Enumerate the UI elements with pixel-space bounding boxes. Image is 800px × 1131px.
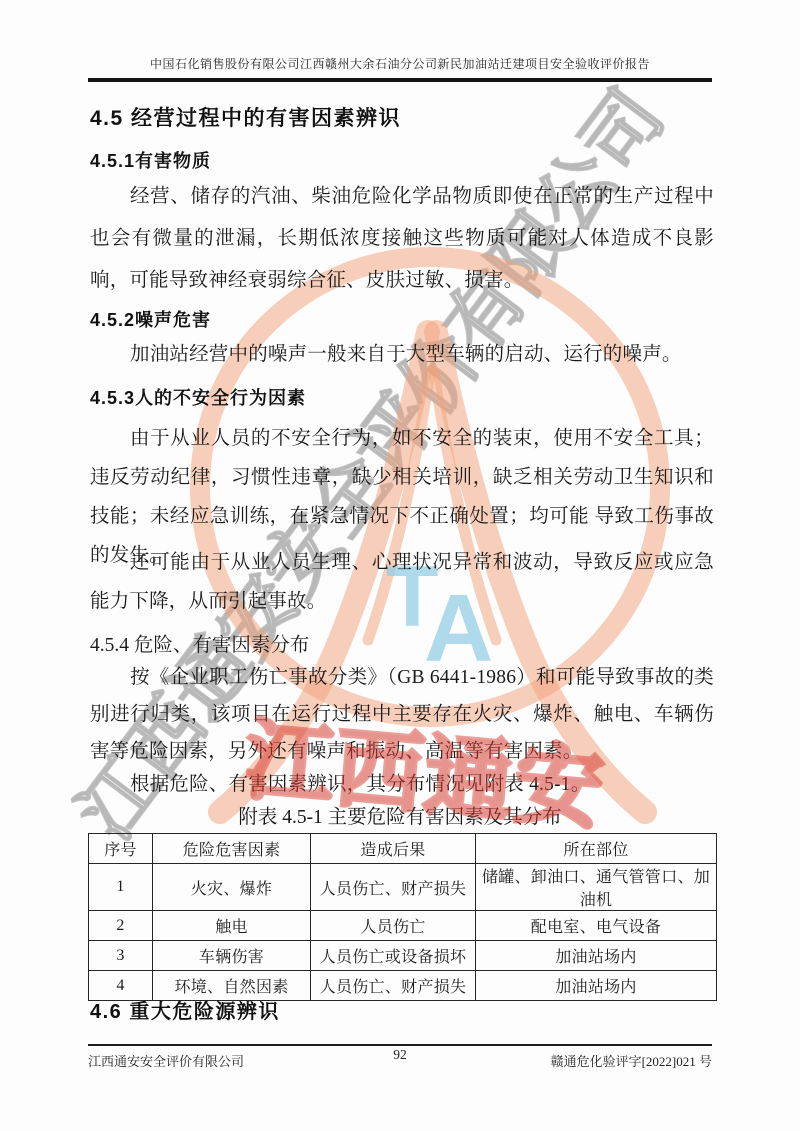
cell-index: 1 [89, 864, 153, 911]
header-title: 中国石化销售股份有限公司江西赣州大余石油分公司新民加油站迁建项目安全验收评价报告 [88, 55, 712, 72]
cell-factor: 车辆伤害 [153, 941, 311, 971]
cell-location: 加油站场内 [476, 971, 717, 1001]
col-header-consequence: 造成后果 [311, 834, 476, 864]
section-4-5-2-heading: 4.5.2噪声危害 [90, 306, 211, 332]
table-header-row: 序号 危险危害因素 造成后果 所在部位 [89, 834, 717, 864]
paragraph-unsafe-behavior-2: 还可能由于从业人员生理、心理状况异常和波动，导致反应或应急能力下降，从而引起事故… [90, 543, 714, 621]
table-row: 3 车辆伤害 人员伤亡或设备损坏 加油站场内 [89, 941, 717, 971]
section-4-5-1-heading: 4.5.1有害物质 [90, 147, 211, 173]
cell-location: 加油站场内 [476, 941, 717, 971]
hazard-distribution-table: 序号 危险危害因素 造成后果 所在部位 1 火灾、爆炸 人员伤亡、财产损失 储罐… [88, 833, 717, 1001]
table-caption: 附表 4.5-1 主要危险有害因素及其分布 [88, 801, 712, 829]
cell-location: 配电室、电气设备 [476, 911, 717, 941]
document-page: 江西通安安全评价有限公司 T A 江西通安 中国石化销售股份有限公司江西赣州大余… [0, 0, 800, 1131]
section-4-5-3-heading: 4.5.3人的不安全行为因素 [90, 384, 306, 410]
header-rule [88, 78, 712, 82]
cell-consequence: 人员伤亡 [311, 911, 476, 941]
col-header-location: 所在部位 [476, 834, 717, 864]
paragraph-noise-hazard: 加油站经营中的噪声一般来自于大型车辆的启动、运行的噪声。 [90, 334, 714, 376]
cell-consequence: 人员伤亡、财产损失 [311, 971, 476, 1001]
section-4-5-heading: 4.5 经营过程中的有害因素辨识 [90, 102, 401, 132]
paragraph-factor-distribution-1: 按《企业职工伤亡事故分类》（GB 6441-1986）和可能导致事故的类别进行归… [90, 659, 714, 770]
paragraph-factor-distribution-2: 根据危险、有害因素辨识，其分布情况见附表 4.5-1。 [90, 766, 714, 803]
table-row: 2 触电 人员伤亡 配电室、电气设备 [89, 911, 717, 941]
cell-factor: 火灾、爆炸 [153, 864, 311, 911]
col-header-index: 序号 [89, 834, 153, 864]
cell-consequence: 人员伤亡、财产损失 [311, 864, 476, 911]
cell-index: 2 [89, 911, 153, 941]
paragraph-harmful-substances: 经营、储存的汽油、柴油危险化学品物质即使在正常的生产过程中也会有微量的泄漏，长期… [90, 176, 714, 302]
footer-document-number: 赣通危化验评字[2022]021 号 [551, 1051, 712, 1070]
footer-rule [88, 1044, 712, 1046]
cell-factor: 触电 [153, 911, 311, 941]
cell-consequence: 人员伤亡或设备损坏 [311, 941, 476, 971]
cell-index: 3 [89, 941, 153, 971]
cell-location: 储罐、卸油口、通气管管口、加油机 [476, 864, 717, 911]
section-4-5-4-heading: 4.5.4 危险、有害因素分布 [90, 629, 309, 657]
col-header-factor: 危险危害因素 [153, 834, 311, 864]
table-row: 1 火灾、爆炸 人员伤亡、财产损失 储罐、卸油口、通气管管口、加油机 [89, 864, 717, 911]
section-4-6-heading: 4.6 重大危险源辨识 [90, 995, 280, 1024]
